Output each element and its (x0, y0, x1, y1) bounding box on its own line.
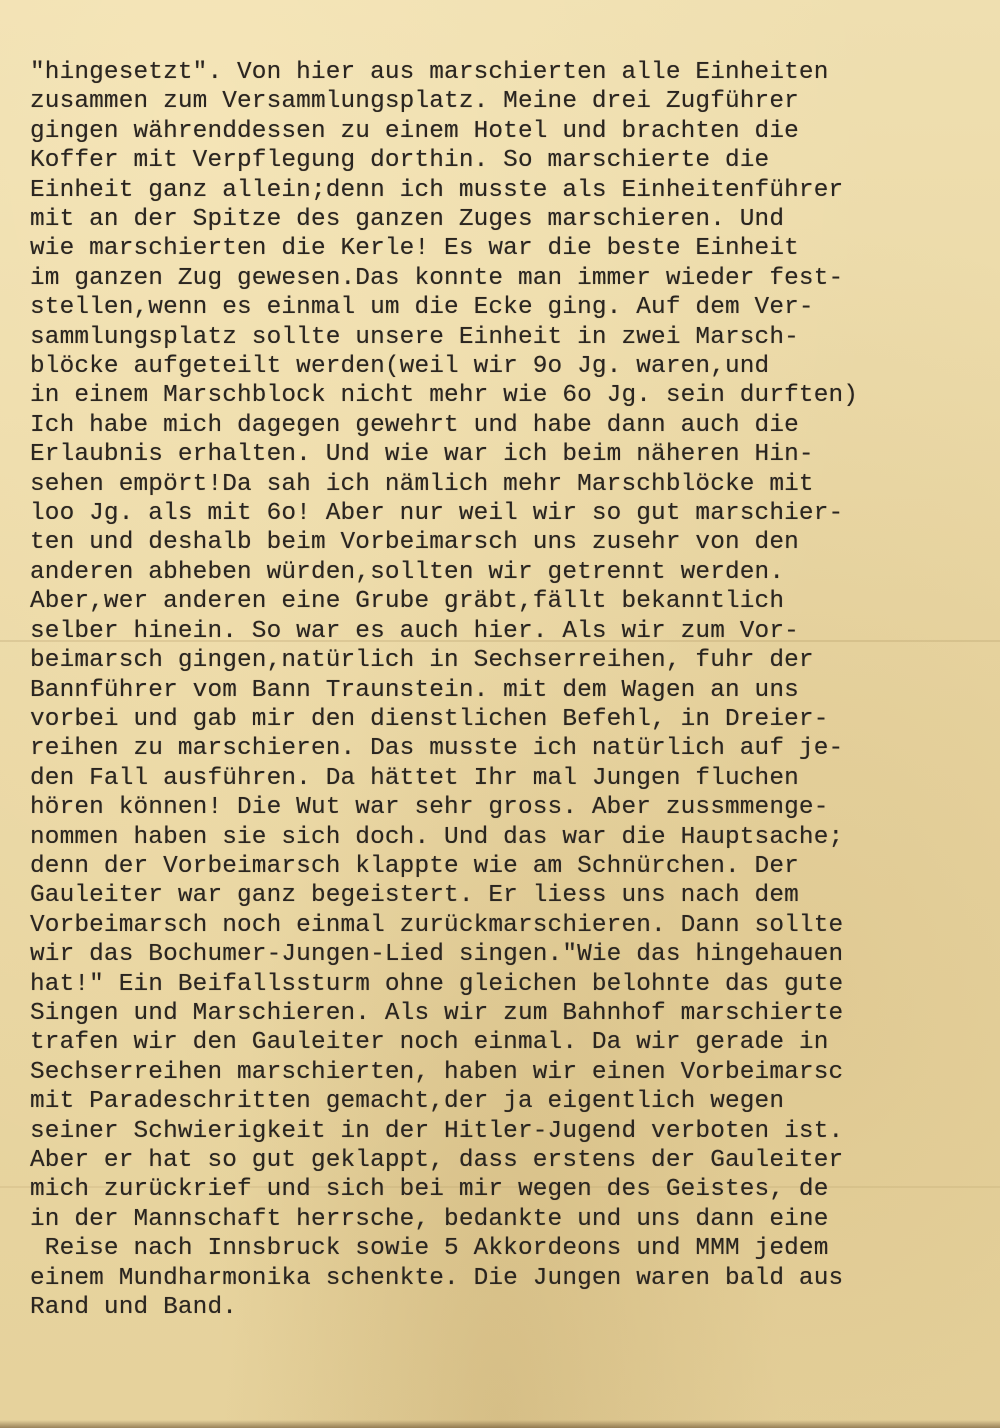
text-line: mit an der Spitze des ganzen Zuges marsc… (30, 207, 784, 233)
text-line: trafen wir den Gauleiter noch einmal. Da… (30, 1030, 829, 1056)
page-bottom-edge (0, 1420, 1000, 1428)
text-line: sehen empört!Da sah ich nämlich mehr Mar… (30, 472, 814, 498)
text-line: ten und deshalb beim Vorbeimarsch uns zu… (30, 530, 799, 556)
text-line: Einheit ganz allein;denn ich musste als … (30, 178, 843, 204)
text-line: hat!" Ein Beifallssturm ohne gleichen be… (30, 972, 843, 998)
text-line: Koffer mit Verpflegung dorthin. So marsc… (30, 148, 769, 174)
text-line: nommen haben sie sich doch. Und das war … (30, 825, 843, 851)
text-line: sammlungsplatz sollte unsere Einheit in … (30, 325, 799, 351)
text-line: Gauleiter war ganz begeistert. Er liess … (30, 883, 799, 909)
text-line: blöcke aufgeteilt werden(weil wir 9o Jg.… (30, 354, 769, 380)
text-line: in einem Marschblock nicht mehr wie 6o J… (30, 383, 858, 409)
text-line: Singen und Marschieren. Als wir zum Bahn… (30, 1001, 843, 1027)
text-line: im ganzen Zug gewesen.Das konnte man imm… (30, 266, 843, 292)
text-line: den Fall ausführen. Da hättet Ihr mal Ju… (30, 766, 799, 792)
text-line: Erlaubnis erhalten. Und wie war ich beim… (30, 442, 814, 468)
scanned-document-page: "hingesetzt". Von hier aus marschierten … (0, 0, 1000, 1428)
text-line: Ich habe mich dagegen gewehrt und habe d… (30, 413, 799, 439)
text-line: seiner Schwierigkeit in der Hitler-Jugen… (30, 1119, 843, 1145)
text-line: Vorbeimarsch noch einmal zurückmarschier… (30, 913, 843, 939)
text-line: anderen abheben würden,sollten wir getre… (30, 560, 784, 586)
text-line: Aber,wer anderen eine Grube gräbt,fällt … (30, 589, 784, 615)
text-line: stellen,wenn es einmal um die Ecke ging.… (30, 295, 814, 321)
typewritten-text-body: "hingesetzt". Von hier aus marschierten … (30, 60, 1000, 1243)
text-line: gingen währenddessen zu einem Hotel und … (30, 119, 799, 145)
text-line: mit Paradeschritten gemacht,der ja eigen… (30, 1089, 784, 1115)
text-line: in der Mannschaft herrsche, bedankte und… (30, 1207, 829, 1233)
text-line: Sechserreihen marschierten, haben wir ei… (30, 1060, 843, 1086)
text-line: selber hinein. So war es auch hier. Als … (30, 619, 799, 645)
text-line: wir das Bochumer-Jungen-Lied singen."Wie… (30, 942, 843, 968)
text-line: hören können! Die Wut war sehr gross. Ab… (30, 795, 829, 821)
text-line: reihen zu marschieren. Das musste ich na… (30, 736, 843, 762)
text-line: einem Mundharmonika schenkte. Die Jungen… (30, 1266, 843, 1292)
text-line: denn der Vorbeimarsch klappte wie am Sch… (30, 854, 799, 880)
text-line: "hingesetzt". Von hier aus marschierten … (30, 60, 829, 86)
text-line: Aber er hat so gut geklappt, dass ersten… (30, 1148, 843, 1174)
text-line: Reise nach Innsbruck sowie 5 Akkordeons … (30, 1236, 829, 1262)
text-line: Bannführer vom Bann Traunstein. mit dem … (30, 678, 799, 704)
text-line: beimarsch gingen,natürlich in Sechserrei… (30, 648, 814, 674)
text-line: loo Jg. als mit 6o! Aber nur weil wir so… (30, 501, 843, 527)
text-line: vorbei und gab mir den dienstlichen Befe… (30, 707, 829, 733)
text-line: zusammen zum Versammlungsplatz. Meine dr… (30, 89, 799, 115)
text-line: wie marschierten die Kerle! Es war die b… (30, 236, 799, 262)
text-line: Rand und Band. (30, 1295, 237, 1321)
text-line: mich zurückrief und sich bei mir wegen d… (30, 1177, 829, 1203)
